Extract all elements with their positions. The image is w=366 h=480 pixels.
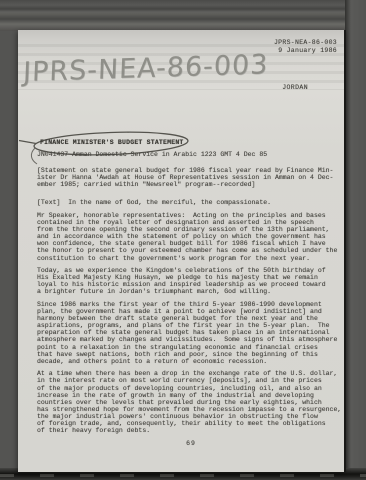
paragraph: Today, as we experience the Kingdom's ce…: [37, 267, 345, 295]
paragraph: Since 1986 marks the first year of the t…: [37, 301, 345, 365]
header-doc-number: JPRS-NEA-86-003: [274, 39, 337, 47]
scanner-edge-left: [0, 0, 19, 480]
scanner-edge-top: [0, 0, 366, 31]
country-label: JORDAN: [282, 84, 308, 91]
paragraph: Mr Speaker, honorable representatives: A…: [37, 212, 345, 262]
page-header: JPRS-NEA-86-003 9 January 1986: [274, 39, 337, 54]
document-page: JPRS-NEA-86-003 JPRS-NEA-86-003 9 Januar…: [18, 30, 346, 472]
article-headline: FINANCE MINISTER'S BUDGET STATEMENT: [40, 139, 184, 146]
header-date: 9 January 1986: [274, 47, 337, 55]
page-number: 69: [37, 440, 345, 447]
attribution-note: [Statement on state general budget for 1…: [37, 167, 345, 188]
paragraph: [Text] In the name of God, the merciful,…: [37, 199, 345, 206]
source-line: JN041437 Amman Domestic Service in Arabi…: [37, 151, 345, 158]
scanned-document-screenshot: JPRS-NEA-86-003 JPRS-NEA-86-003 9 Januar…: [0, 0, 366, 480]
scanner-edge-right: [345, 0, 366, 480]
handwritten-doc-number: JPRS-NEA-86-003: [22, 49, 281, 88]
article-body: JN041437 Amman Domestic Service in Arabi…: [37, 151, 345, 452]
paragraph: At a time when there has been a drop in …: [37, 370, 345, 434]
